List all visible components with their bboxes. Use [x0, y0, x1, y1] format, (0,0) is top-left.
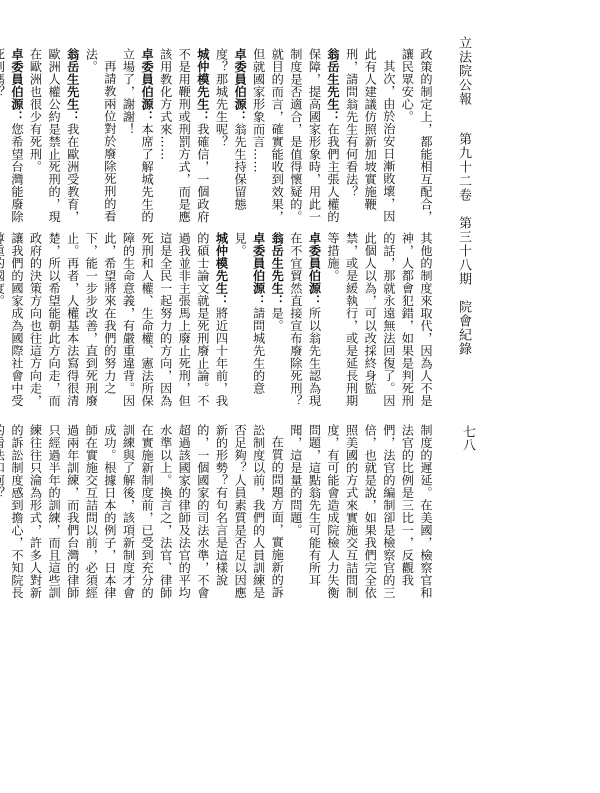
paragraph-text: 其他的制度來取代，因為人不是神，人都會犯錯，如果是判死刑的話，那就永遠無法回復了…	[326, 232, 433, 407]
page-header: 立法院公報 第九十二卷 第三十八期 院會紀錄	[455, 36, 471, 356]
paragraph: 卓委員伯源：請問城先生的意見。	[230, 232, 267, 408]
paragraph: 卓委員伯源：所以翁先生認為現在不宜貿然直接宣布廢除死刑？	[286, 232, 323, 408]
paragraph: 翁岳生先生：是。	[268, 232, 287, 408]
paragraph: 政策的制定上，都能相互配合，讓民眾安心。	[398, 48, 435, 224]
paragraph: 再請教兩位對於廢除死刑的看法。	[82, 48, 119, 224]
paragraph-text: 在質的問題方面，實施新的訴訟制度以前，我們的人員訓練是否足夠？人員素質是否足以因…	[0, 424, 284, 599]
speaker-name: 卓委員伯源：	[252, 232, 266, 307]
paragraph: 翁岳生先生：在我們主張人權的保障，提高國家形象時，用此一制度是否適合，是值得懷疑…	[249, 48, 342, 224]
page-number: 七八	[458, 425, 477, 451]
paragraph: 卓委員伯源：翁先生持保留態度？那城先生呢？	[212, 48, 249, 224]
speaker-name: 卓委員伯源：	[307, 232, 321, 307]
paragraph-text: 將近四十年前，我的碩士論文就是死刑廢止論。不過我並非主張馬上廢止死刑，但這是全民…	[0, 232, 228, 407]
speaker-name: 翁岳生先生：	[270, 232, 284, 307]
paragraph: 城仲模先生：我確信，一個政府不是用鞭刑或刑罰方式，而是應該用教化方式來……	[156, 48, 212, 224]
speaker-name: 卓委員伯源：	[10, 48, 24, 123]
issue-label: 第三十八期	[456, 216, 471, 286]
paragraph: 其他的制度來取代，因為人不是神，人都會犯錯，如果是判死刑的話，那就永遠無法回復了…	[323, 232, 435, 408]
paragraph-text: 制度的遲延。在美國，檢察官和法官的比例是三比一，反觀我們，法官的編制卻是檢察官的…	[289, 424, 433, 599]
speaker-name: 翁岳生先生：	[66, 48, 80, 123]
text-band-bottom: 制度的遲延。在美國，檢察官和法官的比例是三比一，反觀我們，法官的編制卻是檢察官的…	[0, 424, 435, 600]
speaker-name: 城仲模先生：	[214, 232, 228, 307]
paragraph: 制度的遲延。在美國，檢察官和法官的比例是三比一，反觀我們，法官的編制卻是檢察官的…	[286, 424, 435, 600]
paragraph: 其次，由於治安日漸敗壞，因此有人建議仿照新加坡實施鞭刑，請問翁先生有何看法？	[342, 48, 398, 224]
paragraph-text: 是。	[270, 307, 284, 332]
paragraph-text: 政策的制定上，都能相互配合，讓民眾安心。	[400, 48, 433, 223]
paragraph: 翁岳生先生：我在歐洲受教育，歐洲人權公約是禁止死刑的，現在歐洲也很少有死刑。	[26, 48, 82, 224]
speaker-name: 卓委員伯源：	[140, 48, 154, 123]
publication-title: 立法院公報	[456, 36, 471, 106]
speaker-name: 翁岳生先生：	[326, 48, 340, 123]
paragraph: 在質的問題方面，實施新的訴訟制度以前，我們的人員訓練是否足夠？人員素質是否足以因…	[0, 424, 286, 600]
volume-label: 第九十二卷	[456, 132, 471, 202]
paragraph: 卓委員伯源：本席了解城先生的立場了，謝謝！	[119, 48, 156, 224]
paragraph-text: 再請教兩位對於廢除死刑的看法。	[84, 48, 117, 223]
speaker-name: 卓委員伯源：	[233, 48, 247, 123]
section-label: 院會紀錄	[456, 300, 471, 356]
paragraph: 卓委員伯源：您希望台灣能廢除死刑嗎？	[0, 48, 26, 224]
paragraph-text: 其次，由於治安日漸敗壞，因此有人建議仿照新加坡實施鞭刑，請問翁先生有何看法？	[345, 48, 396, 223]
text-band-top: 政策的制定上，都能相互配合，讓民眾安心。其次，由於治安日漸敗壞，因此有人建議仿照…	[0, 48, 435, 224]
paragraph: 城仲模先生：將近四十年前，我的碩士論文就是死刑廢止論。不過我並非主張馬上廢止死刑…	[0, 232, 230, 408]
text-band-middle: 其他的制度來取代，因為人不是神，人都會犯錯，如果是判死刑的話，那就永遠無法回復了…	[0, 232, 435, 408]
speaker-name: 城仲模先生：	[196, 48, 210, 123]
